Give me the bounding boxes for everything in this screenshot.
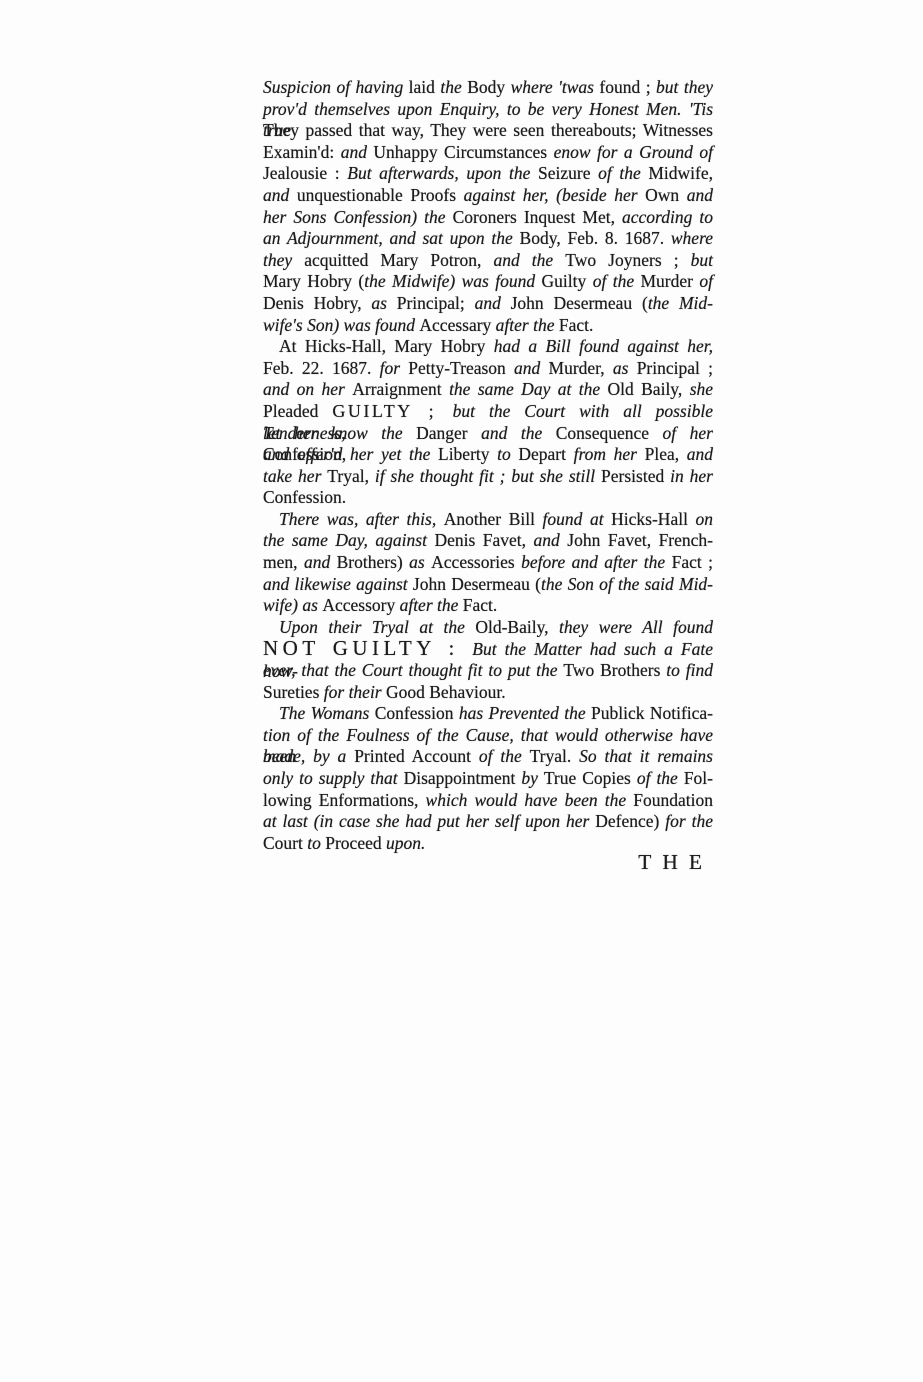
text-segment: has Prevented the [459,703,591,723]
text-line: and likewise against John Desermeau (the… [263,574,713,596]
text-segment: John Favet, French- [567,530,713,550]
text-segment: Depart [518,444,573,464]
text-segment: and [304,552,337,572]
text-segment: and the [481,423,556,443]
text-segment: Consequence [556,423,663,443]
text-segment: Feb. 22. 1687. [263,358,380,378]
text-segment: Confession [375,703,459,723]
text-segment: of the [598,163,648,183]
text-segment: take her [263,466,327,486]
text-segment: as [613,358,637,378]
text-segment: and [341,142,374,162]
text-segment: Accessories [431,552,521,572]
text-segment: Good Behaviour. [386,682,506,702]
text-segment: Unhappy Circumstances [373,142,553,162]
text-segment: Midwife, [648,163,713,183]
text-segment: her Sons Confession) the [263,207,453,227]
text-segment: Principal; [397,293,475,313]
text-segment: had a Bill found against her, [494,336,713,356]
text-segment: and [514,358,548,378]
text-segment: the Mid- [648,293,713,313]
text-line: Examin'd: and Unhappy Circumstances enow… [263,142,713,164]
text-segment: of the [637,768,684,788]
paragraph: Suspicion of having laid the Body where … [263,77,713,336]
text-segment: unquestionable Proofs [297,185,464,205]
text-segment: and on her [263,379,352,399]
text-line: and unquestionable Proofs against her, (… [263,185,713,207]
text-segment: where [671,228,713,248]
text-segment: Old Baily, [608,379,690,399]
text-line: The Womans Confession has Prevented the … [263,703,713,725]
text-segment: Accessary [419,315,495,335]
text-segment: and [263,185,297,205]
text-segment: laid [409,77,441,97]
text-segment: Sureties [263,682,324,702]
text-segment: they were All found [559,617,713,637]
text-segment: and [475,293,511,313]
text-segment: Liberty [438,444,497,464]
text-segment: the Midwife) was found [364,271,541,291]
text-segment: Jealousie : [263,163,347,183]
catchword: THE [263,850,713,875]
page-text: Suspicion of having laid the Body where … [263,77,713,854]
text-line: only to supply that Disappointment by Tr… [263,768,713,790]
text-segment: of her [663,423,713,443]
text-segment: the same Day, against [263,530,434,550]
text-segment: ever, that the Court thought fit to put … [263,660,563,680]
text-line: Mary Hobry (the Midwife) was found Guilt… [263,271,713,293]
text-line: men, and Brothers) as Accessories before… [263,552,713,574]
text-segment: for [380,358,409,378]
text-segment: But afterwards, upon the [347,163,538,183]
text-line: wife) as Accessory after the Fact. [263,595,713,617]
text-segment: for their [324,682,386,702]
text-line: an Adjournment, and sat upon the Body, F… [263,228,713,250]
text-segment: Pleaded [263,401,332,421]
text-segment: John Desermeau ( [511,293,648,313]
text-line: at last (in case she had put her self up… [263,811,713,833]
text-segment: and the [494,250,566,270]
text-line: At Hicks-Hall, Mary Hobry had a Bill fou… [263,336,713,358]
text-line: take her Tryal, if she thought fit ; but… [263,466,713,488]
text-segment: but [691,250,713,270]
text-segment: and [687,444,713,464]
text-line: let her know the Danger and the Conseque… [263,423,713,445]
text-segment: NOT GUILTY : [263,636,472,660]
paragraph: At Hicks-Hall, Mary Hobry had a Bill fou… [263,336,713,509]
text-segment: where 'twas [511,77,600,97]
text-line: There was, after this, Another Bill foun… [263,509,713,531]
text-segment: Persisted [601,466,670,486]
text-segment: Foundation [633,790,713,810]
paragraph: There was, after this, Another Bill foun… [263,509,713,617]
text-line: Suspicion of having laid the Body where … [263,77,713,99]
text-segment: Body, Feb. 8. 1687. [520,228,671,248]
text-segment: Murder [641,271,700,291]
text-segment: Confession. [263,487,346,507]
text-line: Jealousie : But afterwards, upon the Sei… [263,163,713,185]
text-segment: according to [622,207,713,227]
text-segment: and [687,185,713,205]
text-segment: as [371,293,396,313]
text-line: lowing Enformations, which would have be… [263,790,713,812]
text-segment: wife) as [263,595,322,615]
text-segment: Principal ; [637,358,713,378]
text-segment: So that it remains [579,746,713,766]
text-segment: Seizure [538,163,598,183]
text-segment: Suspicion of having [263,77,409,97]
text-segment: True Copies [544,768,637,788]
text-line: Upon their Tryal at the Old-Baily, they … [263,617,713,639]
text-line: and offer'd her yet the Liberty to Depar… [263,444,713,466]
text-segment: Coroners Inquest Met, [453,207,622,227]
text-segment: from her [574,444,645,464]
text-segment: They passed that way, They were seen the… [263,120,713,140]
text-segment: There was, after this, [279,509,444,529]
text-line: the same Day, against Denis Favet, and J… [263,530,713,552]
text-segment: Defence) [595,811,665,831]
text-segment: of [699,271,713,291]
text-segment: Tryal. [530,746,580,766]
text-segment: GUILTY ; [332,401,452,421]
text-segment: Fol- [684,768,713,788]
text-segment: for the [665,811,713,831]
text-segment: Accessory [322,595,399,615]
text-line: ever, that the Court thought fit to put … [263,660,713,682]
text-segment: John Desermeau ( [413,574,541,594]
text-segment: let her know the [263,423,416,443]
text-line: Sureties for their Good Behaviour. [263,682,713,704]
text-segment: Fact ; [672,552,713,572]
text-segment: by [521,768,544,788]
text-segment: At Hicks-Hall, Mary Hobry [279,336,494,356]
text-segment: the [440,77,467,97]
text-segment: Mary Hobry ( [263,271,364,291]
text-segment: men, [263,552,304,572]
text-segment: Two Joyners ; [565,250,690,270]
text-segment: Murder, [549,358,613,378]
text-segment: and [534,530,568,550]
text-segment: Disappointment [404,768,522,788]
text-segment: before and after the [521,552,671,572]
text-segment: Denis Favet, [434,530,533,550]
text-line: her Sons Confession) the Coroners Inques… [263,207,713,229]
text-segment: to [497,444,518,464]
text-segment: Fact. [559,315,594,335]
text-segment: on [696,509,714,529]
text-segment: she [690,379,713,399]
text-line: Pleaded GUILTY ; but the Court with all … [263,401,713,423]
text-segment: made, by a [263,746,354,766]
text-segment: Petty-Treason [408,358,514,378]
text-line: Feb. 22. 1687. for Petty-Treason and Mur… [263,358,713,380]
text-segment: Plea, [645,444,687,464]
text-segment: Fact. [463,595,498,615]
text-segment: Arraignment [352,379,449,399]
text-segment: enow for a Ground of [554,142,713,162]
text-segment: Two Brothers [563,660,666,680]
text-segment: at last (in case she had put her self up… [263,811,595,831]
text-line: made, by a Printed Account of the Tryal.… [263,746,713,768]
text-segment: and likewise against [263,574,413,594]
text-segment: if she thought fit ; but she still [375,466,601,486]
text-line: and on her Arraignment the same Day at t… [263,379,713,401]
text-segment: the Son of the said Mid- [541,574,713,594]
text-segment: Old-Baily, [475,617,559,637]
text-line: they acquitted Mary Potron, and the Two … [263,250,713,272]
text-segment: to find [666,660,713,680]
text-segment: only to supply that [263,768,404,788]
text-segment: after the [496,315,559,335]
text-line: They passed that way, They were seen the… [263,120,713,142]
text-segment: in her [670,466,713,486]
text-segment: Upon their Tryal at the [279,617,475,637]
text-segment: Hicks-Hall [611,509,695,529]
text-segment: Brothers) [337,552,410,572]
text-segment: Body [467,77,510,97]
text-segment: Publick Notifica- [591,703,713,723]
text-segment: Tryal, [327,466,375,486]
text-line: NOT GUILTY : But the Matter had such a F… [263,638,713,660]
text-segment: but they [656,77,713,97]
text-line: tion of the Foulness of the Cause, that … [263,725,713,747]
text-segment: Denis Hobry, [263,293,371,313]
text-segment: Danger [416,423,481,443]
text-segment: they [263,250,304,270]
scanned-page: Suspicion of having laid the Body where … [0,0,923,1382]
text-line: wife's Son) was found Accessary after th… [263,315,713,337]
text-segment: the same Day at the [449,379,607,399]
text-line: Denis Hobry, as Principal; and John Dese… [263,293,713,315]
text-segment: Printed Account [354,746,479,766]
text-segment: found ; [599,77,656,97]
paragraph: The Womans Confession has Prevented the … [263,703,713,854]
text-segment: Guilty [542,271,593,291]
text-segment: of the [593,271,641,291]
text-segment: as [409,552,431,572]
text-segment: an Adjournment, and sat upon the [263,228,520,248]
text-segment: of the [479,746,530,766]
text-segment: lowing Enformations, [263,790,426,810]
text-line: prov'd themselves upon Enquiry, to be ve… [263,99,713,121]
text-segment: which would have been the [426,790,634,810]
text-segment: wife's Son) was found [263,315,419,335]
text-segment: acquitted Mary Potron, [304,250,493,270]
text-segment: against her, (beside her [464,185,645,205]
paragraph: Upon their Tryal at the Old-Baily, they … [263,617,713,703]
text-segment: Another Bill [444,509,543,529]
text-segment: Examin'd: [263,142,341,162]
text-line: Confession. [263,487,713,509]
text-segment: and offer'd her yet the [263,444,438,464]
text-segment: Own [645,185,687,205]
text-segment: after the [400,595,463,615]
text-segment: The Womans [279,703,375,723]
text-segment: found at [543,509,612,529]
